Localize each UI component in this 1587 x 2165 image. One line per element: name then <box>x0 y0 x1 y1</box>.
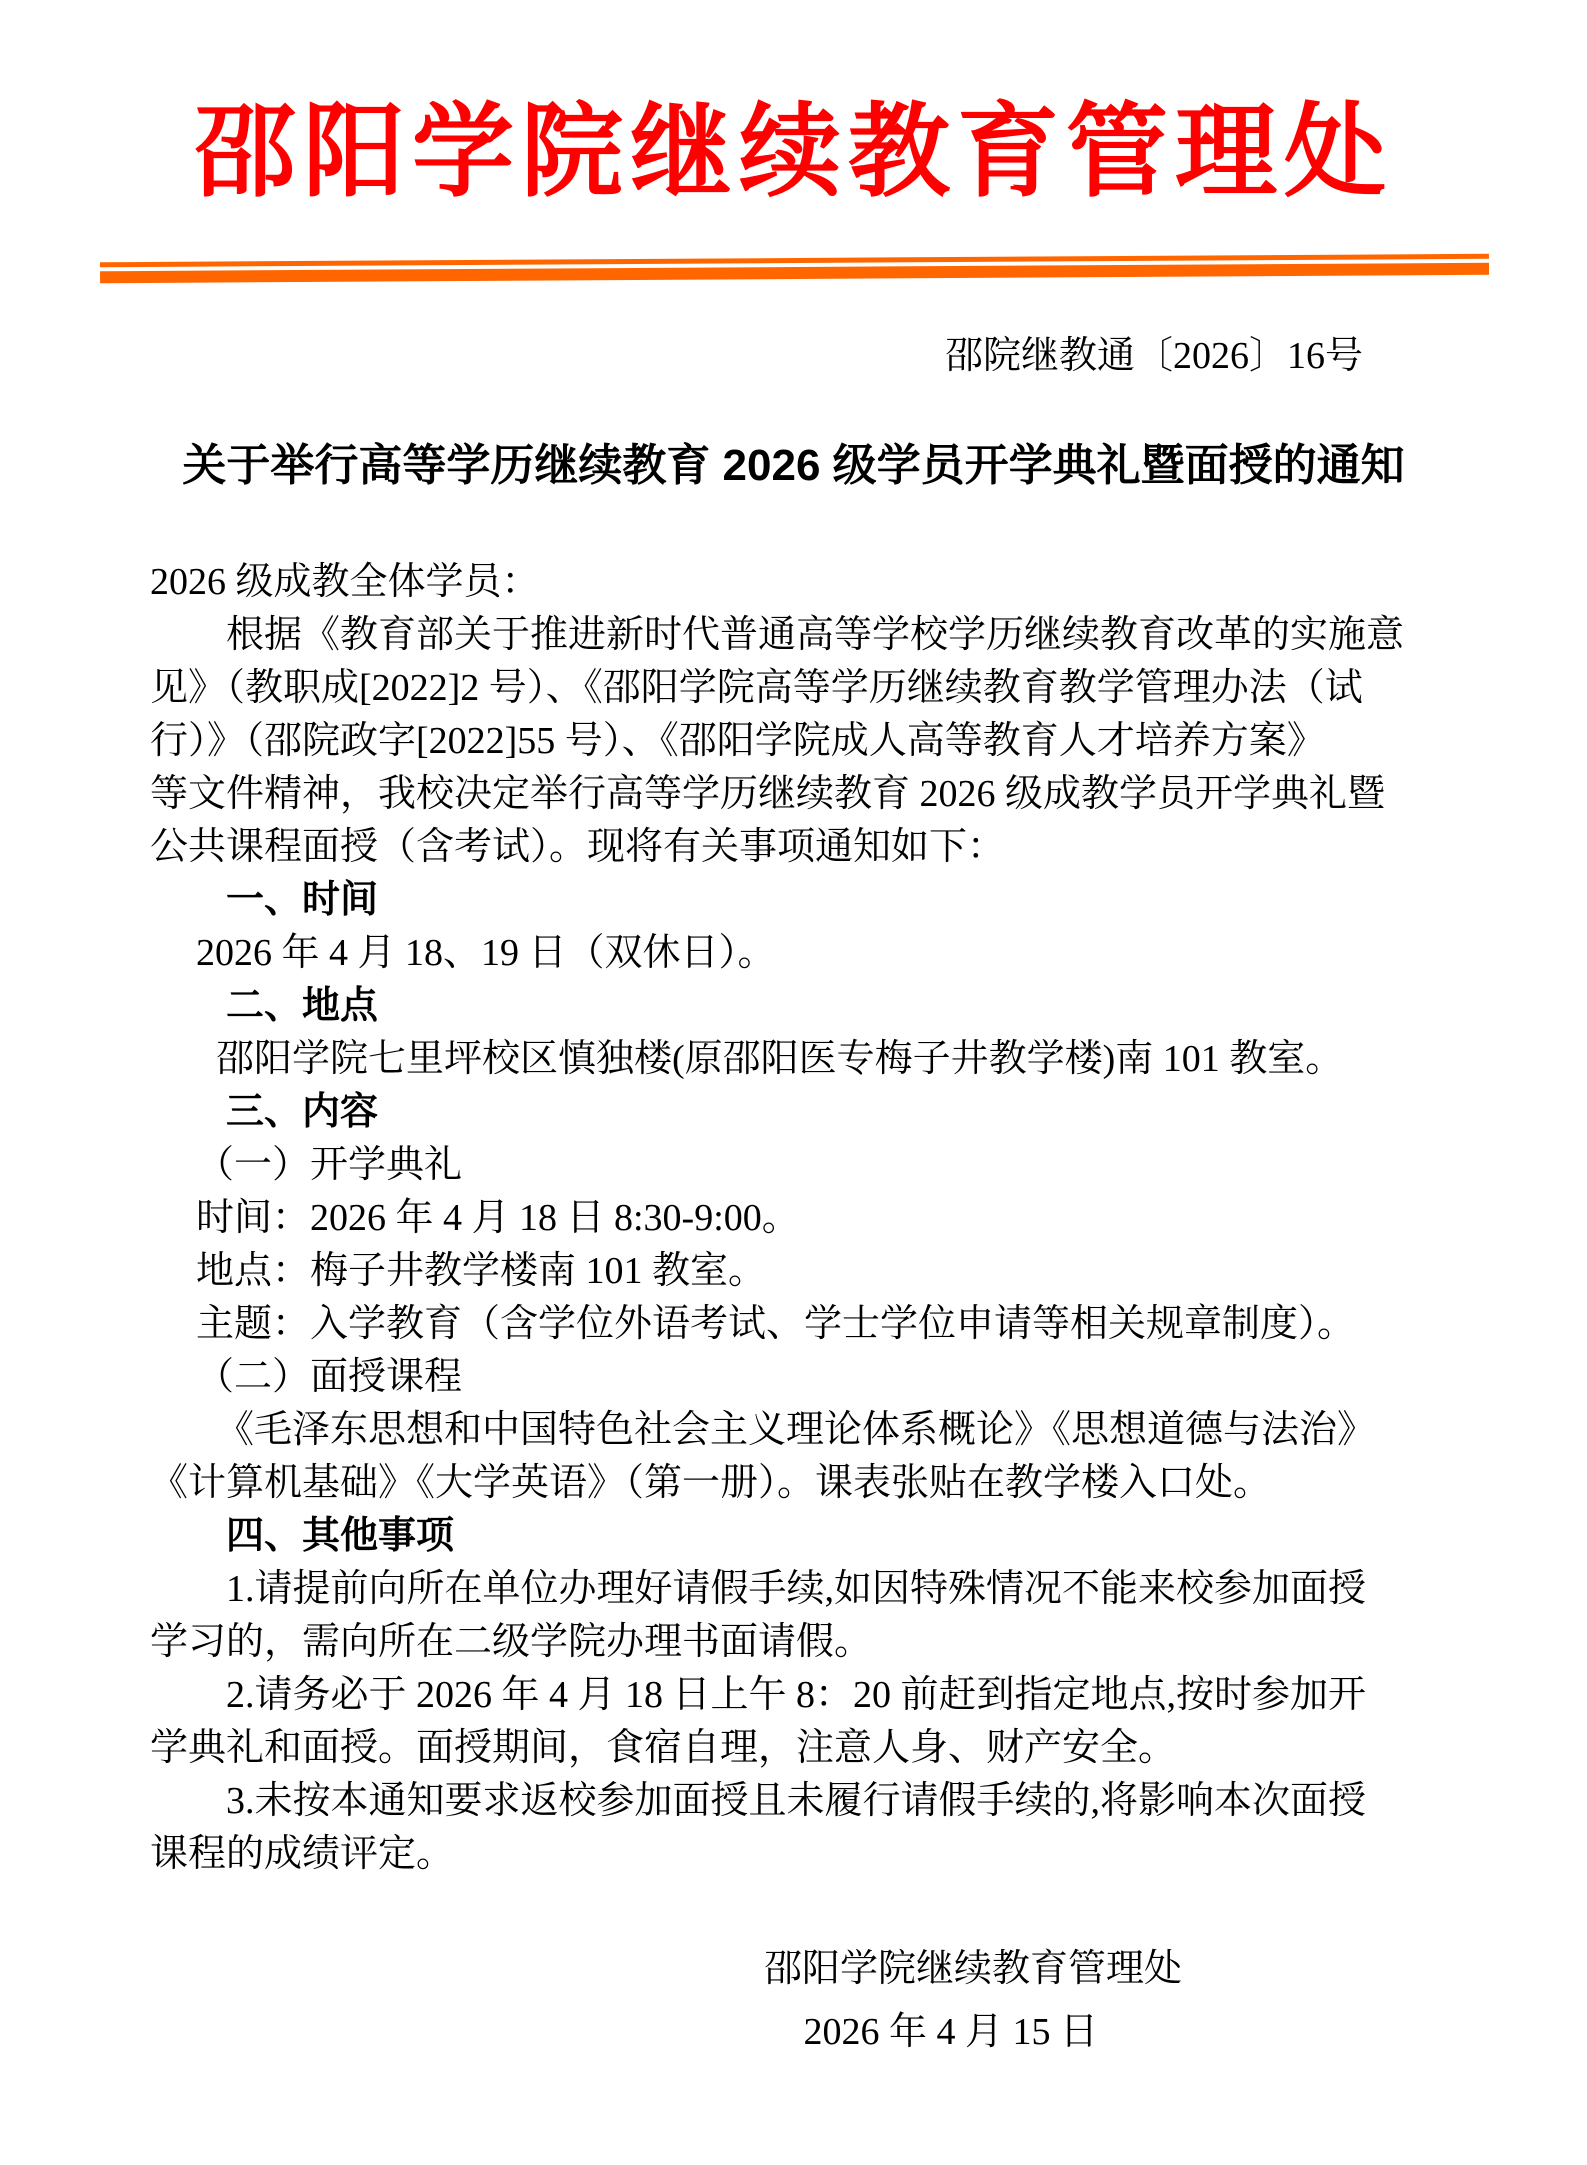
letterhead-title: 邵阳学院继续教育管理处 <box>0 96 1587 208</box>
body-line: 四、其他事项 <box>150 1510 1460 1563</box>
notice-title: 关于举行高等学历继续教育 2026 级学员开学典礼暨面授的通知 <box>0 440 1587 493</box>
body-line: （二）面授课程 <box>150 1351 1460 1404</box>
body-line: 公共课程面授（含考试）。现将有关事项通知如下： <box>150 821 1460 874</box>
body-line: 3.未按本通知要求返校参加面授且未履行请假手续的,将影响本次面授 <box>150 1775 1460 1828</box>
document-number: 邵院继教通〔2026〕16号 <box>945 332 1363 381</box>
body-line: 时间：2026 年 4 月 18 日 8:30-9:00。 <box>150 1192 1460 1245</box>
issuer-signature: 邵阳学院继续教育管理处 <box>150 1938 1450 2001</box>
letterhead-divider <box>100 254 1489 283</box>
body-line: 主题：入学教育（含学位外语考试、学士学位申请等相关规章制度）。 <box>150 1298 1460 1351</box>
body-line: 地点：梅子井教学楼南 101 教室。 <box>150 1245 1460 1298</box>
body-line: 一、时间 <box>150 874 1460 927</box>
body-line: 二、地点 <box>150 980 1460 1033</box>
body-line: 《计算机基础》《大学英语》（第一册）。课表张贴在教学楼入口处。 <box>150 1457 1460 1510</box>
body-line: 行）》（邵院政字[2022]55 号）、《邵阳学院成人高等教育人才培养方案》 <box>150 715 1460 768</box>
body-line: 1.请提前向所在单位办理好请假手续,如因特殊情况不能来校参加面授 <box>150 1563 1460 1616</box>
body-line: 2026 级成教全体学员： <box>150 556 1460 609</box>
notice-body: 2026 级成教全体学员：根据《教育部关于推进新时代普通高等学校学历继续教育改革… <box>150 556 1460 1881</box>
body-line: 根据《教育部关于推进新时代普通高等学校学历继续教育改革的实施意 <box>150 609 1460 662</box>
body-line: 见》（教职成[2022]2 号）、《邵阳学院高等学历继续教育教学管理办法（试 <box>150 662 1460 715</box>
body-line: 等文件精神，我校决定举行高等学历继续教育 2026 级成教学员开学典礼暨 <box>150 768 1460 821</box>
issue-date: 2026 年 4 月 15 日 <box>150 2001 1450 2064</box>
body-line: 三、内容 <box>150 1086 1460 1139</box>
body-line: （一）开学典礼 <box>150 1139 1460 1192</box>
body-line: 2026 年 4 月 18、19 日（双休日）。 <box>150 927 1460 980</box>
body-line: 学典礼和面授。面授期间，食宿自理，注意人身、财产安全。 <box>150 1722 1460 1775</box>
notice-document-page: 邵阳学院继续教育管理处 邵院继教通〔2026〕16号 关于举行高等学历继续教育 … <box>0 0 1587 2165</box>
body-line: 2.请务必于 2026 年 4 月 18 日上午 8：20 前赶到指定地点,按时… <box>150 1669 1460 1722</box>
closing-block: 邵阳学院继续教育管理处 2026 年 4 月 15 日 <box>150 1938 1450 2064</box>
body-line: 课程的成绩评定。 <box>150 1828 1460 1881</box>
body-line: 《毛泽东思想和中国特色社会主义理论体系概论》《思想道德与法治》 <box>150 1404 1460 1457</box>
body-line: 邵阳学院七里坪校区慎独楼(原邵阳医专梅子井教学楼)南 101 教室。 <box>150 1033 1460 1086</box>
body-line: 学习的，需向所在二级学院办理书面请假。 <box>150 1616 1460 1669</box>
